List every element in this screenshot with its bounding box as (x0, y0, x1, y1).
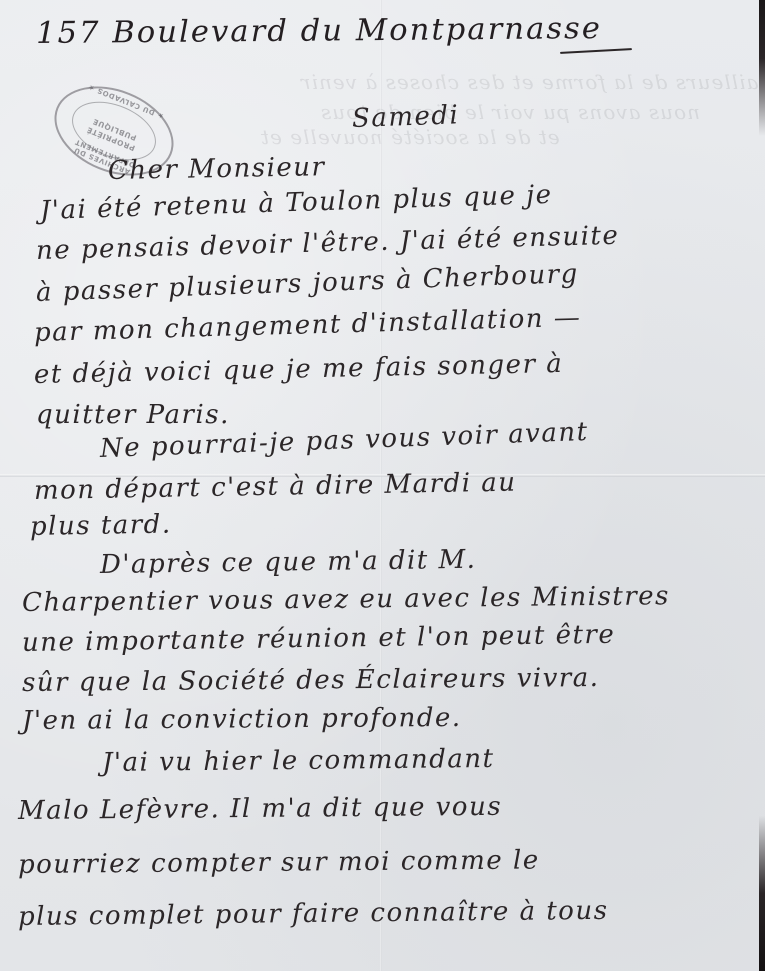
body-line: J'ai vu hier le commandant (102, 744, 495, 778)
body-line: et déjà voici que je me fais songer à (34, 349, 564, 390)
body-line: quitter Paris. (36, 400, 230, 430)
body-line: J'ai été retenu à Toulon plus que je (40, 180, 554, 226)
letter-salutation: Cher Monsieur (108, 152, 326, 186)
letter-address: 157 Boulevard du Montparnasse (36, 11, 602, 51)
body-line: plus tard. (30, 510, 172, 542)
letter-date: Samedi (351, 100, 459, 134)
body-line: plus complet pour faire connaître à tous (18, 896, 609, 932)
body-line: par mon changement d'installation — (34, 303, 582, 348)
body-line: J'en ai la conviction profonde. (22, 703, 462, 736)
body-line: D'après ce que m'a dit M. (100, 545, 477, 580)
body-line: une importante réunion et l'on peut être (22, 620, 616, 658)
body-line: Malo Lefèvre. Il m'a dit que vous (18, 792, 502, 826)
body-line: Charpentier vous avez eu avec les Minist… (22, 581, 670, 618)
bleed-through-text: ailleurs de la forme et des choses à ven… (300, 70, 758, 94)
body-line: ne pensais devoir l'être. J'ai été ensui… (36, 221, 620, 266)
letter-page: ailleurs de la forme et des choses à ven… (0, 0, 765, 971)
body-line: à passer plusieurs jours à Cherbourg (35, 259, 579, 308)
body-line: pourriez compter sur moi comme le (18, 845, 540, 880)
address-flourish (560, 48, 632, 54)
body-line: sûr que la Société des Éclaireurs vivra. (22, 663, 600, 698)
paper-edge-shadow (759, 0, 765, 971)
